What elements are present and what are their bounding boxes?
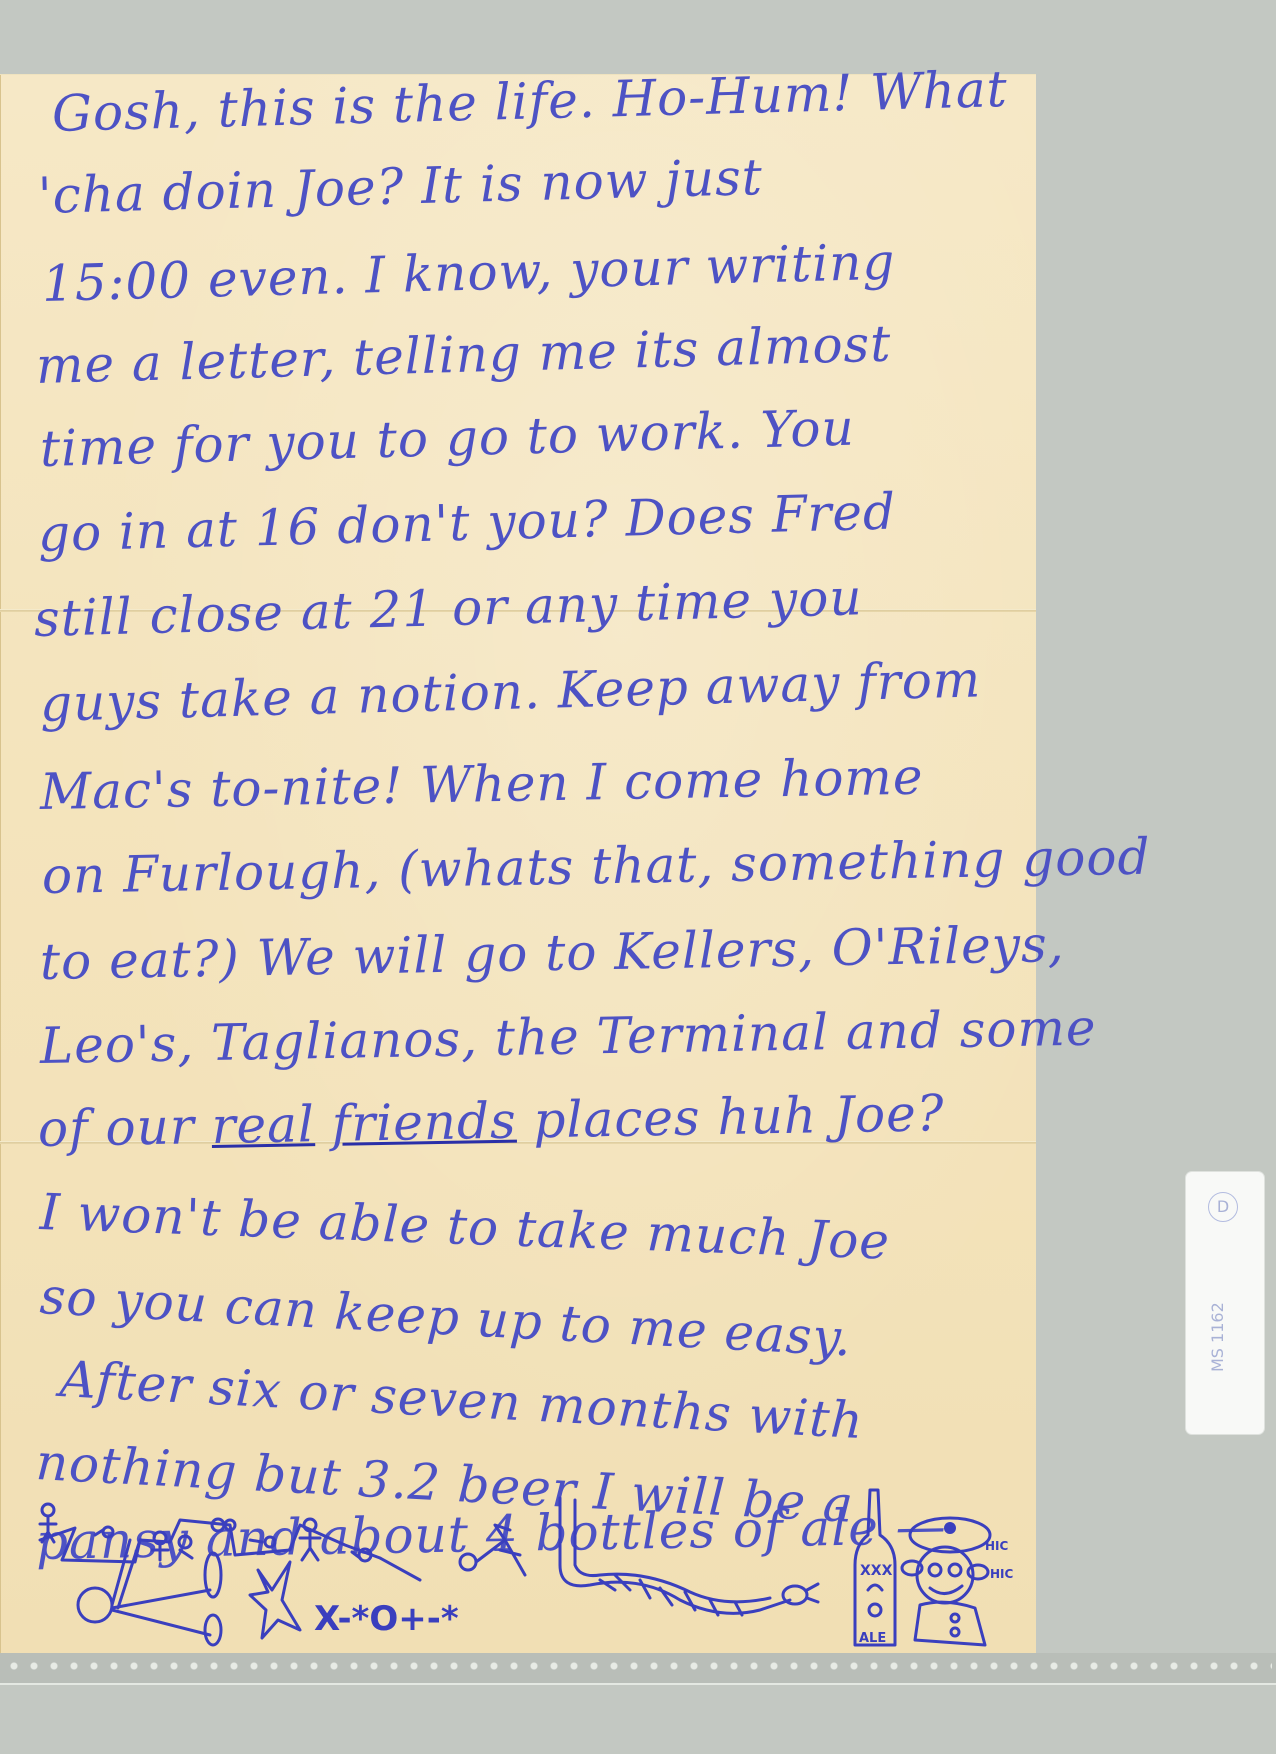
smiley-figure-icon (78, 1540, 221, 1645)
doodle-drawings: X-*O+-* XXX ALE HIC HIC (0, 1480, 1036, 1655)
text-segment (314, 1095, 332, 1153)
symbol-string: X-*O+-* (314, 1599, 459, 1639)
sleeve-binding-strip (0, 1653, 1276, 1685)
letter-line: Gosh, this is the life. Ho-Hum! What (51, 60, 1008, 143)
letter-line: to eat?) We will go to Kellers, O'Rileys… (39, 915, 1064, 991)
label-text: MS 1162 (1208, 1302, 1227, 1372)
bottle-label: XXX (860, 1563, 893, 1579)
letter-line-underlined: of our real friends places huh Joe? (37, 1084, 944, 1158)
letter-line: on Furlough, (whats that, something good (41, 828, 1150, 905)
letter-line: Mac's to-nite! When I come home (39, 748, 923, 821)
letter-line: time for you to go to work. You (39, 399, 855, 478)
archive-label: D MS 1162 (1186, 1172, 1264, 1434)
text-segment: places huh Joe? (516, 1084, 945, 1149)
stick-figure-path-icon (40, 1504, 420, 1580)
letter-page: Gosh, this is the life. Ho-Hum! What 'ch… (0, 75, 1036, 1653)
star-icon (250, 1562, 300, 1638)
hic-text: HIC (990, 1567, 1014, 1581)
bottle-bottom-label: ALE (859, 1631, 886, 1646)
letter-line: go in at 16 don't you? Does Fred (37, 483, 896, 563)
drunk-sailor-icon (902, 1518, 990, 1645)
letter-line: so you can keep up to me easy. (38, 1267, 853, 1367)
snake-icon (560, 1498, 818, 1615)
letter-line: 'cha doin Joe? It is now just (37, 148, 763, 225)
figure-on-slope-icon (460, 1525, 525, 1575)
letter-line: Leo's, Taglianos, the Terminal and some (39, 999, 1096, 1075)
letter-line: 15:00 even. I know, your writing (41, 233, 896, 313)
letter-line: guys take a notion. Keep away from (39, 650, 982, 733)
text-segment: of our (37, 1097, 212, 1158)
letter-line: I won't be able to take much Joe (39, 1183, 891, 1271)
underlined-word: friends (331, 1092, 517, 1153)
label-mark: D (1208, 1192, 1238, 1222)
underlined-word: real (211, 1095, 315, 1155)
letter-line: me a letter, telling me its almost (35, 315, 892, 395)
perforation-holes (4, 1660, 1272, 1672)
hic-text: HIC (985, 1539, 1009, 1553)
letter-line: After six or seven months with (58, 1350, 865, 1450)
letter-line: still close at 21 or any time you (33, 568, 863, 648)
